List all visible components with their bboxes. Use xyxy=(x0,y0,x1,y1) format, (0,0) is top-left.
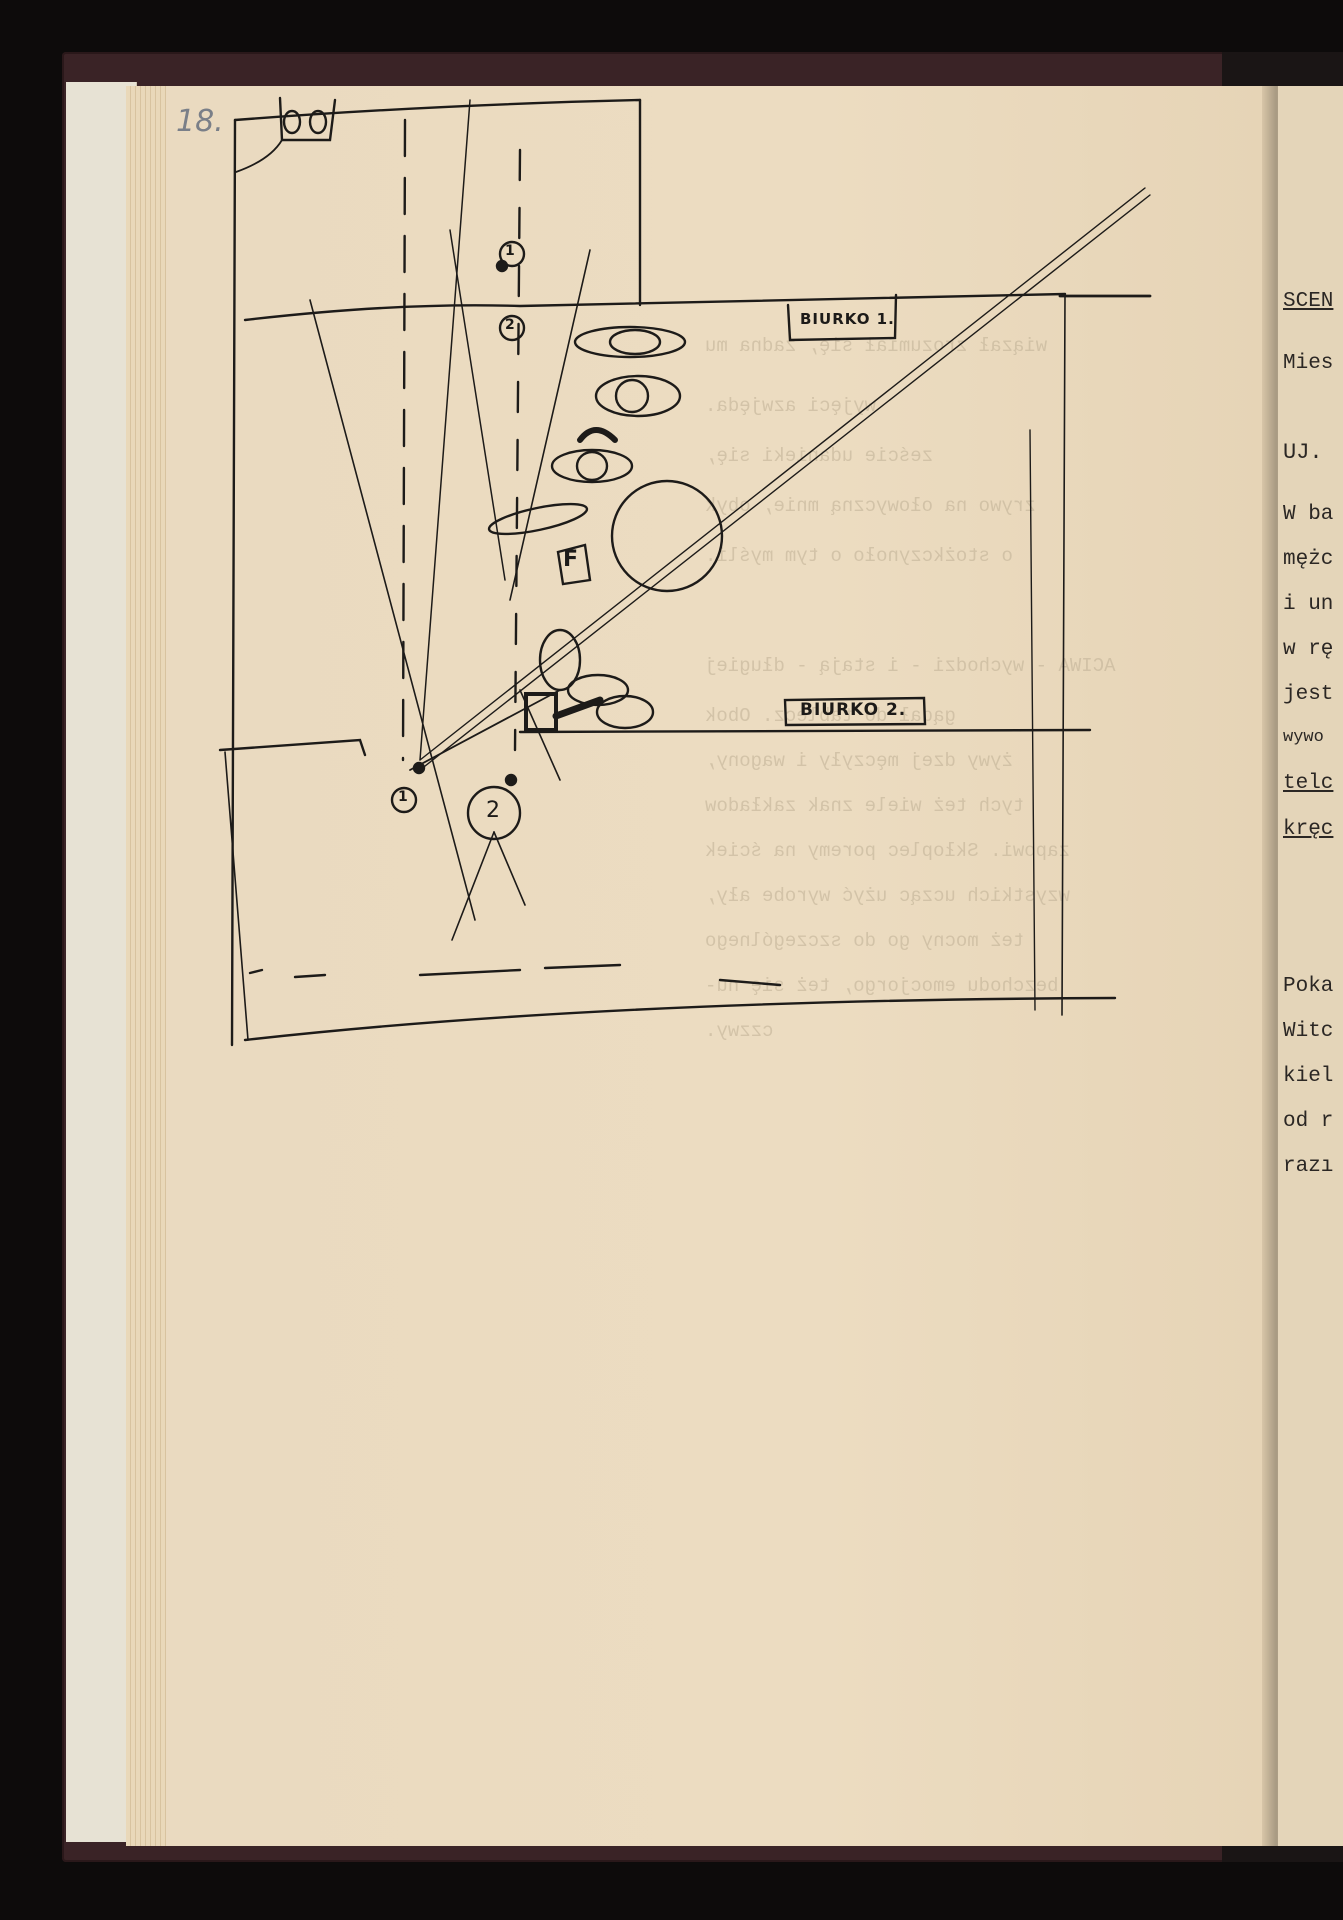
position-marker-1b: 1 xyxy=(398,789,409,805)
position-marker-2b: 2 xyxy=(486,798,501,823)
typed-line: mężc xyxy=(1283,548,1333,571)
position-marker-2: 2 xyxy=(505,317,516,333)
typed-line: telc xyxy=(1283,772,1333,795)
position-marker-1: 1 xyxy=(505,243,516,259)
desk-2-label: BIURKO 2. xyxy=(800,700,906,720)
right-page xyxy=(1278,86,1343,1846)
typed-line: i un xyxy=(1283,593,1333,616)
marker-00: 00 xyxy=(287,108,320,133)
typed-line: w rę xyxy=(1283,638,1333,661)
scene-heading: SCEN xyxy=(1283,290,1333,313)
typed-line: Poka xyxy=(1283,975,1333,998)
typed-line: jest xyxy=(1283,683,1333,706)
typed-line: kiel xyxy=(1283,1065,1333,1088)
typed-line: W ba xyxy=(1283,503,1333,526)
typed-line: kręc xyxy=(1283,818,1333,841)
typed-line: Witc xyxy=(1283,1020,1333,1043)
typed-line: Mies xyxy=(1283,352,1333,375)
typed-line: razı xyxy=(1283,1155,1333,1178)
typed-line: od r xyxy=(1283,1110,1333,1133)
marker-f: F xyxy=(563,547,579,572)
typed-line: UJ. xyxy=(1283,440,1323,465)
floor-plan-sketch xyxy=(0,0,1343,1920)
typed-line: wywo xyxy=(1283,728,1324,747)
desk-1-label: BIURKO 1. xyxy=(800,310,895,328)
